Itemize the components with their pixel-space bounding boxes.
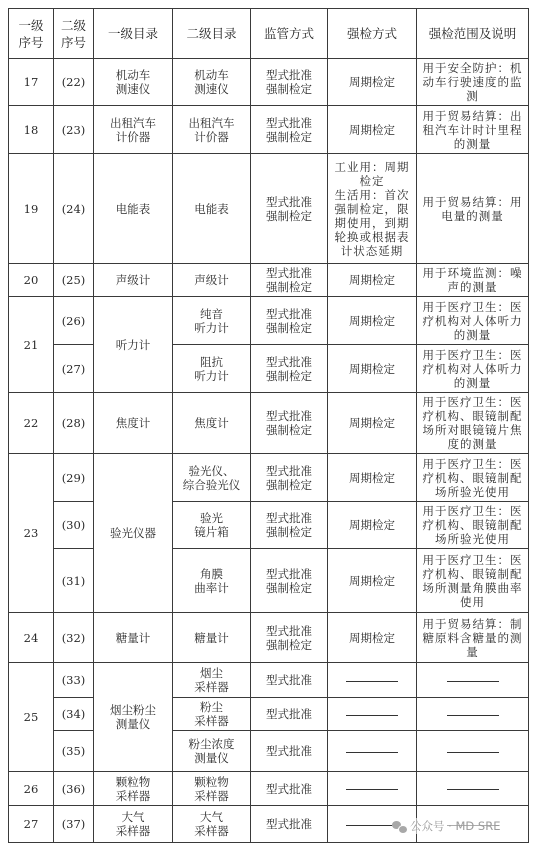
watermark: 公众号 · MD SRE bbox=[392, 818, 500, 834]
supervision-cell: 型式批准 强制检定 bbox=[251, 154, 328, 264]
dash-line bbox=[447, 681, 499, 682]
table-row: 26(36)颗粒物 采样器颗粒物 采样器型式批准 bbox=[9, 772, 529, 806]
wechat-icon bbox=[392, 821, 406, 832]
supervision-cell: 型式批准 强制检定 bbox=[251, 454, 328, 502]
level1-catalog-cell: 糖量计 bbox=[94, 613, 173, 663]
inspection-cell: 周期检定 bbox=[328, 613, 417, 663]
level2-catalog-cell: 烟尘 采样器 bbox=[173, 663, 251, 698]
supervision-cell: 型式批准 强制检定 bbox=[251, 59, 328, 106]
inspection-cell: 周期检定 bbox=[328, 502, 417, 549]
table-row: 20(25)声级计声级计型式批准 强制检定周期检定用于环境监测：噪声的测量 bbox=[9, 264, 529, 297]
level2-catalog-cell: 粉尘 采样器 bbox=[173, 698, 251, 731]
table-row: (30)验光 镜片箱型式批准 强制检定周期检定用于医疗卫生：医疗机构、眼镜制配场… bbox=[9, 502, 529, 549]
header-supervision: 监管方式 bbox=[251, 9, 328, 59]
supervision-cell: 型式批准 强制检定 bbox=[251, 549, 328, 613]
inspection-cell bbox=[328, 698, 417, 731]
supervision-cell: 型式批准 强制检定 bbox=[251, 502, 328, 549]
level1-no-cell: 27 bbox=[9, 806, 54, 843]
level2-no-cell: (27) bbox=[54, 345, 94, 393]
scope-cell bbox=[417, 698, 529, 731]
dash-line bbox=[346, 825, 398, 826]
level2-no-cell: (34) bbox=[54, 698, 94, 731]
level1-no-cell: 22 bbox=[9, 393, 54, 454]
table-row: 23(29)验光仪器验光仪、 综合验光仪型式批准 强制检定周期检定用于医疗卫生：… bbox=[9, 454, 529, 502]
level2-no-cell: (25) bbox=[54, 264, 94, 297]
header-inspection-method: 强检方式 bbox=[328, 9, 417, 59]
level1-catalog-cell: 机动车 测速仪 bbox=[94, 59, 173, 106]
level1-no-cell: 24 bbox=[9, 613, 54, 663]
level1-catalog-cell: 电能表 bbox=[94, 154, 173, 264]
level2-catalog-cell: 声级计 bbox=[173, 264, 251, 297]
dash-line bbox=[447, 789, 499, 790]
level2-no-cell: (23) bbox=[54, 106, 94, 154]
inspection-cell: 周期检定 bbox=[328, 106, 417, 154]
table-row: 18(23)出租汽车 计价器出租汽车 计价器型式批准 强制检定周期检定用于贸易结… bbox=[9, 106, 529, 154]
level1-no-cell: 23 bbox=[9, 454, 54, 613]
table-row: 24(32)糖量计糖量计型式批准 强制检定周期检定用于贸易结算：制糖原料含糖量的… bbox=[9, 613, 529, 663]
level2-catalog-cell: 机动车 测速仪 bbox=[173, 59, 251, 106]
table-row: 25(33)烟尘粉尘 测量仪烟尘 采样器型式批准 bbox=[9, 663, 529, 698]
inspection-cell: 周期检定 bbox=[328, 393, 417, 454]
inspection-cell bbox=[328, 772, 417, 806]
level1-no-cell: 21 bbox=[9, 297, 54, 393]
inspection-cell: 周期检定 bbox=[328, 454, 417, 502]
dash-line bbox=[447, 752, 499, 753]
supervision-cell: 型式批准 强制检定 bbox=[251, 297, 328, 345]
scope-cell: 用于医疗卫生：医疗机构对人体听力的测量 bbox=[417, 345, 529, 393]
level2-no-cell: (22) bbox=[54, 59, 94, 106]
header-level1-no: 一级 序号 bbox=[9, 9, 54, 59]
table-row: (34)粉尘 采样器型式批准 bbox=[9, 698, 529, 731]
level1-no-cell: 25 bbox=[9, 663, 54, 772]
level2-catalog-cell: 阻抗 听力计 bbox=[173, 345, 251, 393]
inspection-cell bbox=[328, 731, 417, 772]
level2-catalog-cell: 大气 采样器 bbox=[173, 806, 251, 843]
table-row: 17(22)机动车 测速仪机动车 测速仪型式批准 强制检定周期检定用于安全防护：… bbox=[9, 59, 529, 106]
scope-cell: 用于医疗卫生：医疗机构、眼镜制配场所对眼镜镜片焦度的测量 bbox=[417, 393, 529, 454]
inspection-cell bbox=[328, 663, 417, 698]
level2-catalog-cell: 角膜 曲率计 bbox=[173, 549, 251, 613]
supervision-cell: 型式批准 bbox=[251, 698, 328, 731]
level2-catalog-cell: 验光 镜片箱 bbox=[173, 502, 251, 549]
supervision-cell: 型式批准 bbox=[251, 772, 328, 806]
table-row: (31)角膜 曲率计型式批准 强制检定周期检定用于医疗卫生：医疗机构、眼镜制配场… bbox=[9, 549, 529, 613]
level2-no-cell: (29) bbox=[54, 454, 94, 502]
level2-catalog-cell: 验光仪、 综合验光仪 bbox=[173, 454, 251, 502]
scope-cell: 用于医疗卫生：医疗机构对人体听力的测量 bbox=[417, 297, 529, 345]
level1-no-cell: 20 bbox=[9, 264, 54, 297]
dash-line bbox=[447, 715, 499, 716]
level1-catalog-cell: 验光仪器 bbox=[94, 454, 173, 613]
scope-cell bbox=[417, 731, 529, 772]
scope-cell: 用于环境监测：噪声的测量 bbox=[417, 264, 529, 297]
level2-no-cell: (33) bbox=[54, 663, 94, 698]
table-header-row: 一级 序号二级 序号一级目录二级目录监管方式强检方式强检范围及说明 bbox=[9, 9, 529, 59]
level2-catalog-cell: 纯音 听力计 bbox=[173, 297, 251, 345]
level1-no-cell: 17 bbox=[9, 59, 54, 106]
table-row: 21(26)听力计纯音 听力计型式批准 强制检定周期检定用于医疗卫生：医疗机构对… bbox=[9, 297, 529, 345]
scope-cell bbox=[417, 772, 529, 806]
level1-no-cell: 18 bbox=[9, 106, 54, 154]
metrology-catalog-table: 一级 序号二级 序号一级目录二级目录监管方式强检方式强检范围及说明 17(22)… bbox=[8, 8, 529, 843]
table-row: (27)阻抗 听力计型式批准 强制检定周期检定用于医疗卫生：医疗机构对人体听力的… bbox=[9, 345, 529, 393]
level2-catalog-cell: 焦度计 bbox=[173, 393, 251, 454]
level2-no-cell: (26) bbox=[54, 297, 94, 345]
supervision-cell: 型式批准 强制检定 bbox=[251, 613, 328, 663]
supervision-cell: 型式批准 强制检定 bbox=[251, 345, 328, 393]
level1-catalog-cell: 颗粒物 采样器 bbox=[94, 772, 173, 806]
level1-no-cell: 19 bbox=[9, 154, 54, 264]
dash-line bbox=[346, 715, 398, 716]
table-row: 22(28)焦度计焦度计型式批准 强制检定周期检定用于医疗卫生：医疗机构、眼镜制… bbox=[9, 393, 529, 454]
level1-no-cell: 26 bbox=[9, 772, 54, 806]
level1-catalog-cell: 焦度计 bbox=[94, 393, 173, 454]
supervision-cell: 型式批准 bbox=[251, 806, 328, 843]
supervision-cell: 型式批准 强制检定 bbox=[251, 393, 328, 454]
inspection-cell: 工业用：周期检定 生活用：首次强制检定，限期使用，到期轮换或根据表计状态延期 bbox=[328, 154, 417, 264]
table-row: 19(24)电能表电能表型式批准 强制检定工业用：周期检定 生活用：首次强制检定… bbox=[9, 154, 529, 264]
inspection-cell: 周期检定 bbox=[328, 264, 417, 297]
dash-line bbox=[346, 789, 398, 790]
header-level2-no: 二级 序号 bbox=[54, 9, 94, 59]
level2-catalog-cell: 糖量计 bbox=[173, 613, 251, 663]
inspection-cell: 周期检定 bbox=[328, 549, 417, 613]
level2-no-cell: (35) bbox=[54, 731, 94, 772]
scope-cell bbox=[417, 663, 529, 698]
level2-catalog-cell: 出租汽车 计价器 bbox=[173, 106, 251, 154]
header-scope: 强检范围及说明 bbox=[417, 9, 529, 59]
scope-cell: 用于医疗卫生：医疗机构、眼镜制配场所验光使用 bbox=[417, 502, 529, 549]
table-row: (35)粉尘浓度 测量仪型式批准 bbox=[9, 731, 529, 772]
scope-cell: 用于安全防护：机动车行驶速度的监测 bbox=[417, 59, 529, 106]
inspection-cell: 周期检定 bbox=[328, 59, 417, 106]
inspection-cell: 周期检定 bbox=[328, 297, 417, 345]
level2-catalog-cell: 颗粒物 采样器 bbox=[173, 772, 251, 806]
header-level1-catalog: 一级目录 bbox=[94, 9, 173, 59]
watermark-text: 公众号 · MD SRE bbox=[410, 818, 500, 834]
level2-no-cell: (37) bbox=[54, 806, 94, 843]
level1-catalog-cell: 烟尘粉尘 测量仪 bbox=[94, 663, 173, 772]
supervision-cell: 型式批准 强制检定 bbox=[251, 264, 328, 297]
level2-no-cell: (36) bbox=[54, 772, 94, 806]
level2-no-cell: (32) bbox=[54, 613, 94, 663]
scope-cell: 用于贸易结算：用电量的测量 bbox=[417, 154, 529, 264]
level2-no-cell: (28) bbox=[54, 393, 94, 454]
scope-cell: 用于贸易结算：出租汽车计时计里程的测量 bbox=[417, 106, 529, 154]
level2-no-cell: (24) bbox=[54, 154, 94, 264]
inspection-cell: 周期检定 bbox=[328, 345, 417, 393]
level1-catalog-cell: 声级计 bbox=[94, 264, 173, 297]
level2-no-cell: (31) bbox=[54, 549, 94, 613]
dash-line bbox=[346, 681, 398, 682]
level2-catalog-cell: 粉尘浓度 测量仪 bbox=[173, 731, 251, 772]
level1-catalog-cell: 听力计 bbox=[94, 297, 173, 393]
header-level2-catalog: 二级目录 bbox=[173, 9, 251, 59]
dash-line bbox=[346, 752, 398, 753]
supervision-cell: 型式批准 bbox=[251, 663, 328, 698]
level1-catalog-cell: 出租汽车 计价器 bbox=[94, 106, 173, 154]
scope-cell: 用于贸易结算：制糖原料含糖量的测量 bbox=[417, 613, 529, 663]
level2-catalog-cell: 电能表 bbox=[173, 154, 251, 264]
scope-cell: 用于医疗卫生：医疗机构、眼镜制配场所验光使用 bbox=[417, 454, 529, 502]
level2-no-cell: (30) bbox=[54, 502, 94, 549]
supervision-cell: 型式批准 强制检定 bbox=[251, 106, 328, 154]
level1-catalog-cell: 大气 采样器 bbox=[94, 806, 173, 843]
supervision-cell: 型式批准 bbox=[251, 731, 328, 772]
scope-cell: 用于医疗卫生：医疗机构、眼镜制配场所测量角膜曲率使用 bbox=[417, 549, 529, 613]
